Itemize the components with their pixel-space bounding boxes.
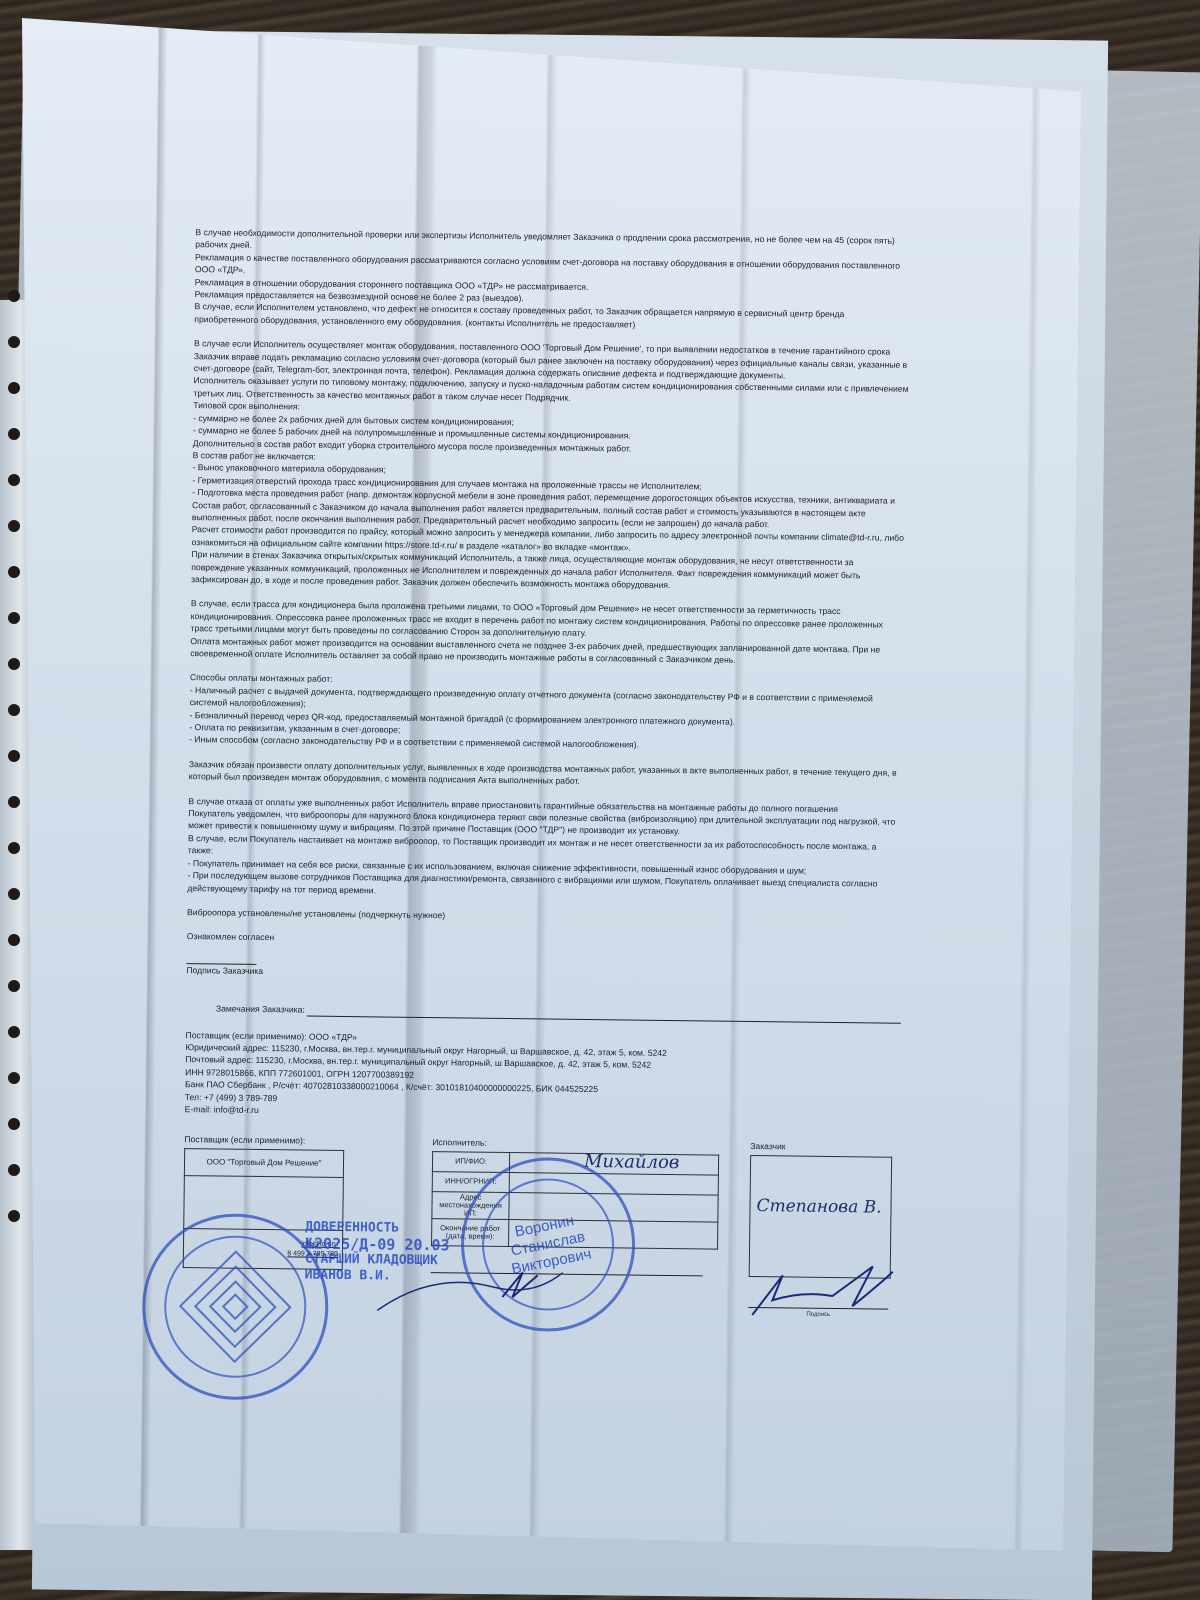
executor-title: Исполнитель: bbox=[432, 1136, 719, 1152]
remarks-label: Замечания Заказчика: bbox=[216, 1003, 305, 1016]
vibration-section: В случае отказа от оплаты уже выполненны… bbox=[187, 795, 903, 903]
executor-row-label: Адрес местонахождения ИП: bbox=[432, 1191, 509, 1219]
document-page: В случае необходимости дополнительной пр… bbox=[3, 18, 1081, 1551]
signature-area: Поставщик (если применимо): ООО "Торговы… bbox=[182, 1133, 899, 1322]
supplier-company: ООО "Торговый Дом Решение" bbox=[184, 1148, 343, 1177]
executor-signature-icon bbox=[372, 1266, 573, 1318]
punch-holes bbox=[8, 290, 28, 1256]
claims-section: В случае необходимости дополнительной пр… bbox=[194, 226, 910, 334]
remarks-field: Замечания Заказчика: bbox=[186, 1002, 901, 1023]
remarks-line bbox=[307, 1005, 901, 1023]
supplier-details: Поставщик (если применимо): ООО «ТДР» Юр… bbox=[185, 1029, 901, 1125]
installation-section: В случае если Исполнитель осуществляет м… bbox=[191, 337, 909, 594]
client-signature-label: Подпись Заказчика bbox=[186, 964, 901, 985]
document-body: В случае необходимости дополнительной пр… bbox=[182, 226, 910, 1322]
client-handwritten-name: Степанова В. bbox=[756, 1200, 881, 1214]
client-signature-icon bbox=[742, 1260, 903, 1322]
supplier-title: Поставщик (если применимо): bbox=[184, 1133, 344, 1147]
executor-block: Исполнитель: ИП/ФИО: Михайлов ИНН/ОГРНИП… bbox=[431, 1136, 720, 1276]
client-title: Заказчик bbox=[750, 1140, 892, 1154]
executor-row-label: ИП/ФИО: bbox=[432, 1151, 509, 1172]
executor-row-label: ИНН/ОГРНИП: bbox=[432, 1171, 509, 1192]
executor-handwritten-name: Михайлов bbox=[584, 1151, 680, 1173]
executor-table: ИП/ФИО: Михайлов ИНН/ОГРНИП: Адрес место… bbox=[431, 1151, 719, 1249]
payment-methods: Способы оплаты монтажных работ: - Наличн… bbox=[189, 672, 905, 755]
third-party-section: В случае, если трасса для кондиционера б… bbox=[190, 597, 906, 668]
